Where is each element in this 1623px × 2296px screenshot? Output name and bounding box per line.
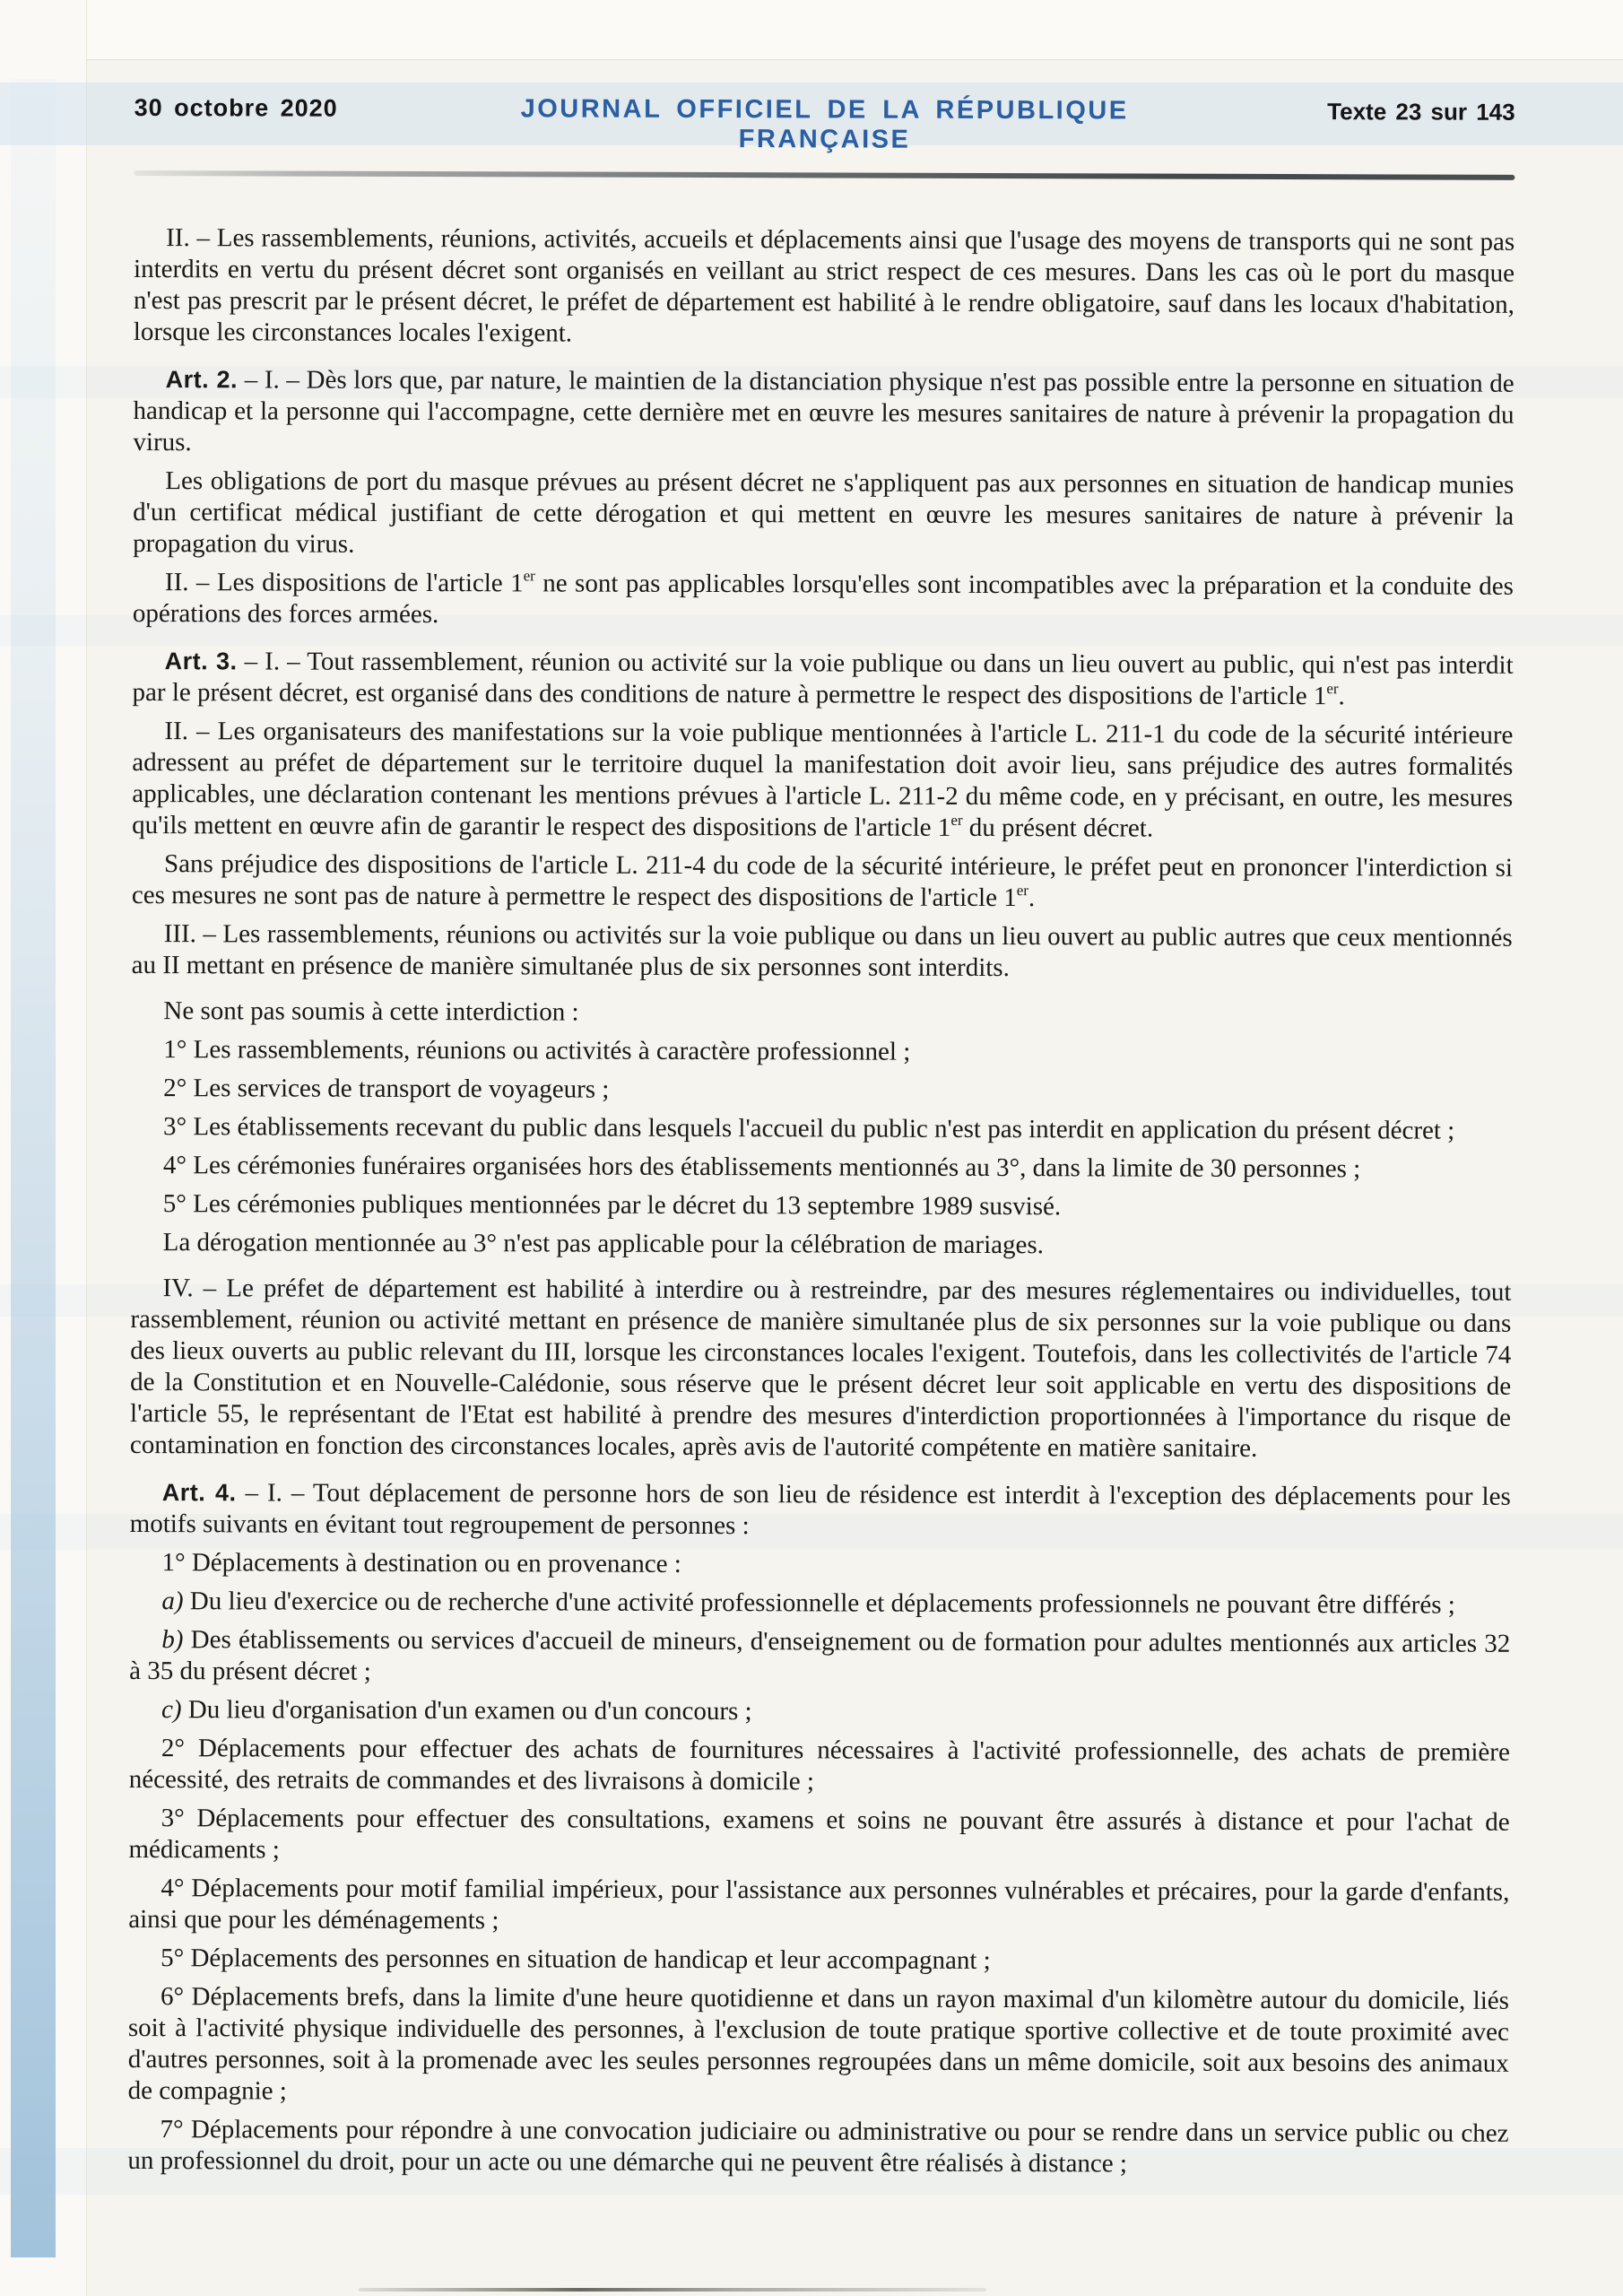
paragraph: Les obligations de port du masque prévue… [133, 465, 1514, 564]
paragraph: La dérogation mentionnée au 3° n'est pas… [131, 1227, 1512, 1263]
paragraph: III. – Les rassemblements, réunions ou a… [132, 918, 1513, 986]
paragraph: 4° Les cérémonies funéraires organisées … [131, 1150, 1512, 1186]
scan-edge-left [0, 0, 87, 2296]
paragraph: 1° Déplacements à destination ou en prov… [129, 1547, 1510, 1583]
paragraph: II. – Les dispositions de l'article 1er … [133, 567, 1514, 634]
paragraph: Art. 2. – I. – Dès lors que, par nature,… [133, 364, 1514, 463]
header-text-ref: Texte 23 sur 143 [1219, 98, 1515, 126]
paragraph: 2° Déplacements pour effectuer des achat… [129, 1733, 1510, 1800]
paragraph: II. – Les organisateurs des manifestatio… [132, 716, 1513, 846]
paragraph: 3° Les établissements recevant du public… [131, 1111, 1512, 1147]
scan-bottom-line [359, 2288, 986, 2292]
paragraph: 3° Déplacements pour effectuer des consu… [128, 1803, 1509, 1870]
paragraph: a) Du lieu d'exercice ou de recherche d'… [129, 1586, 1510, 1622]
paragraph: Art. 4. – I. – Tout déplacement de perso… [130, 1477, 1511, 1544]
paragraph: 6° Déplacements brefs, dans la limite d'… [128, 1981, 1509, 2111]
paragraph: IV. – Le préfet de département est habil… [130, 1273, 1512, 1465]
paragraph: c) Du lieu d'organisation d'un examen ou… [129, 1694, 1510, 1730]
paragraph: b) Des établissements ou services d'accu… [129, 1624, 1510, 1692]
decree-text: II. – Les rassemblements, réunions, acti… [127, 222, 1515, 2181]
header-date: 30 octobre 2020 [135, 94, 430, 123]
paragraph: 5° Déplacements des personnes en situati… [128, 1943, 1509, 1979]
journal-title: JOURNAL OFFICIEL DE LA RÉPUBLIQUE FRANÇA… [430, 94, 1219, 156]
paragraph: 1° Les rassemblements, réunions ou activ… [131, 1034, 1512, 1070]
paragraph: 7° Déplacements pour répondre à une conv… [127, 2114, 1508, 2181]
paragraph: Ne sont pas soumis à cette interdiction … [131, 996, 1512, 1031]
paragraph: 2° Les services de transport de voyageur… [131, 1073, 1512, 1109]
header-rule [134, 170, 1515, 180]
paragraph: 5° Les cérémonies publiques mentionnées … [131, 1188, 1512, 1224]
page-header: 30 octobre 2020 JOURNAL OFFICIEL DE LA R… [134, 0, 1515, 157]
paragraph: 4° Déplacements pour motif familial impé… [128, 1873, 1509, 1940]
page-content: 30 octobre 2020 JOURNAL OFFICIEL DE LA R… [127, 0, 1515, 2181]
paragraph: Art. 3. – I. – Tout rassemblement, réuni… [133, 646, 1514, 713]
paragraph: Sans préjudice des dispositions de l'art… [132, 848, 1513, 916]
paragraph: II. – Les rassemblements, réunions, acti… [134, 222, 1515, 352]
scan-blue-band [11, 79, 56, 2257]
journal-officiel-page: 30 octobre 2020 JOURNAL OFFICIEL DE LA R… [0, 0, 1623, 2296]
